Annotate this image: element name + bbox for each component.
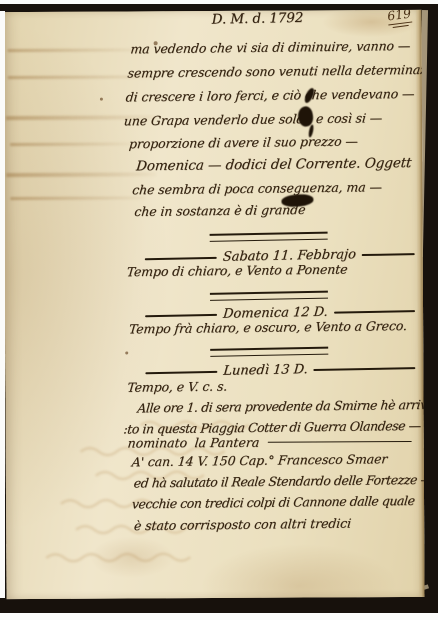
running-head: D. M. d. 1792 [123, 10, 391, 29]
entry-separator-rule [210, 291, 328, 301]
manuscript-line: sempre crescendo sono venuti nella deter… [127, 62, 425, 81]
bleedthrough-rule [10, 142, 130, 146]
entry-line: vecchie con tredici colpi di Cannone dal… [131, 493, 415, 511]
entry-line: è stato corrisposto con altri tredici [133, 516, 351, 534]
entry-line: Tempo frà chiaro, e oscuro, e Vento a Gr… [128, 318, 407, 336]
foxing-speck [100, 98, 103, 101]
manuscript-line: che in sostanza è di grande [134, 202, 306, 219]
entry-line: Tempo di chiaro, e Vento a Ponente [126, 262, 348, 280]
foxing-speck [125, 351, 128, 354]
manuscript-line: Domenica — dodici del Corrente. Oggett [135, 155, 412, 174]
folio-underline [392, 25, 409, 28]
manuscript-line: di crescere i loro ferci, e ciò che vend… [125, 86, 415, 105]
fill-rule [268, 441, 412, 443]
entry-header-row: Lunedì 13 D. [145, 360, 415, 380]
header-rule-right [362, 253, 415, 256]
manuscript-line: une Grapa venderlo due soldi, e così si … [123, 110, 383, 128]
header-rule-right [334, 310, 415, 314]
manuscript-page: 619 D. M. d. 1792 ma vedendo che vi sia … [3, 10, 424, 599]
entry-line: ed hà salutato il Reale Stendardo delle … [133, 472, 424, 491]
entry-line: Alle ore 1. di sera provedente da Smirne… [137, 397, 425, 416]
entry-header-label: Lunedì 13 D. [223, 362, 309, 379]
entry-line: Tempo, e V. c. s. [127, 379, 228, 395]
header-rule-left [145, 313, 217, 316]
manuscript-line: proporzione di avere il suo prezzo — [128, 133, 358, 151]
entry-line: A' can. 14 V. 150 Cap.° Francesco Smaer [131, 451, 388, 469]
scan-margin [0, 11, 5, 598]
entry-separator-rule [210, 232, 328, 242]
ship-name-faded: la Pantera [194, 435, 260, 450]
entry-line: nominato [127, 435, 188, 450]
header-rule-right [314, 367, 416, 371]
manuscript-line: che sembra di poca conseguenza, ma — [132, 179, 383, 197]
ink-blot-strikeout [281, 193, 314, 207]
entry-separator-rule [210, 347, 328, 357]
header-rule-left [145, 256, 217, 259]
header-rule-left [145, 370, 217, 373]
manuscript-line: ma vedendo che vi sia di diminuire, vann… [130, 38, 411, 56]
bleedthrough-rule [10, 196, 145, 200]
ship-name-row: nominato la Pantera [128, 434, 412, 450]
bleedthrough-rule [8, 48, 138, 52]
bleedthrough-rule [6, 172, 156, 177]
